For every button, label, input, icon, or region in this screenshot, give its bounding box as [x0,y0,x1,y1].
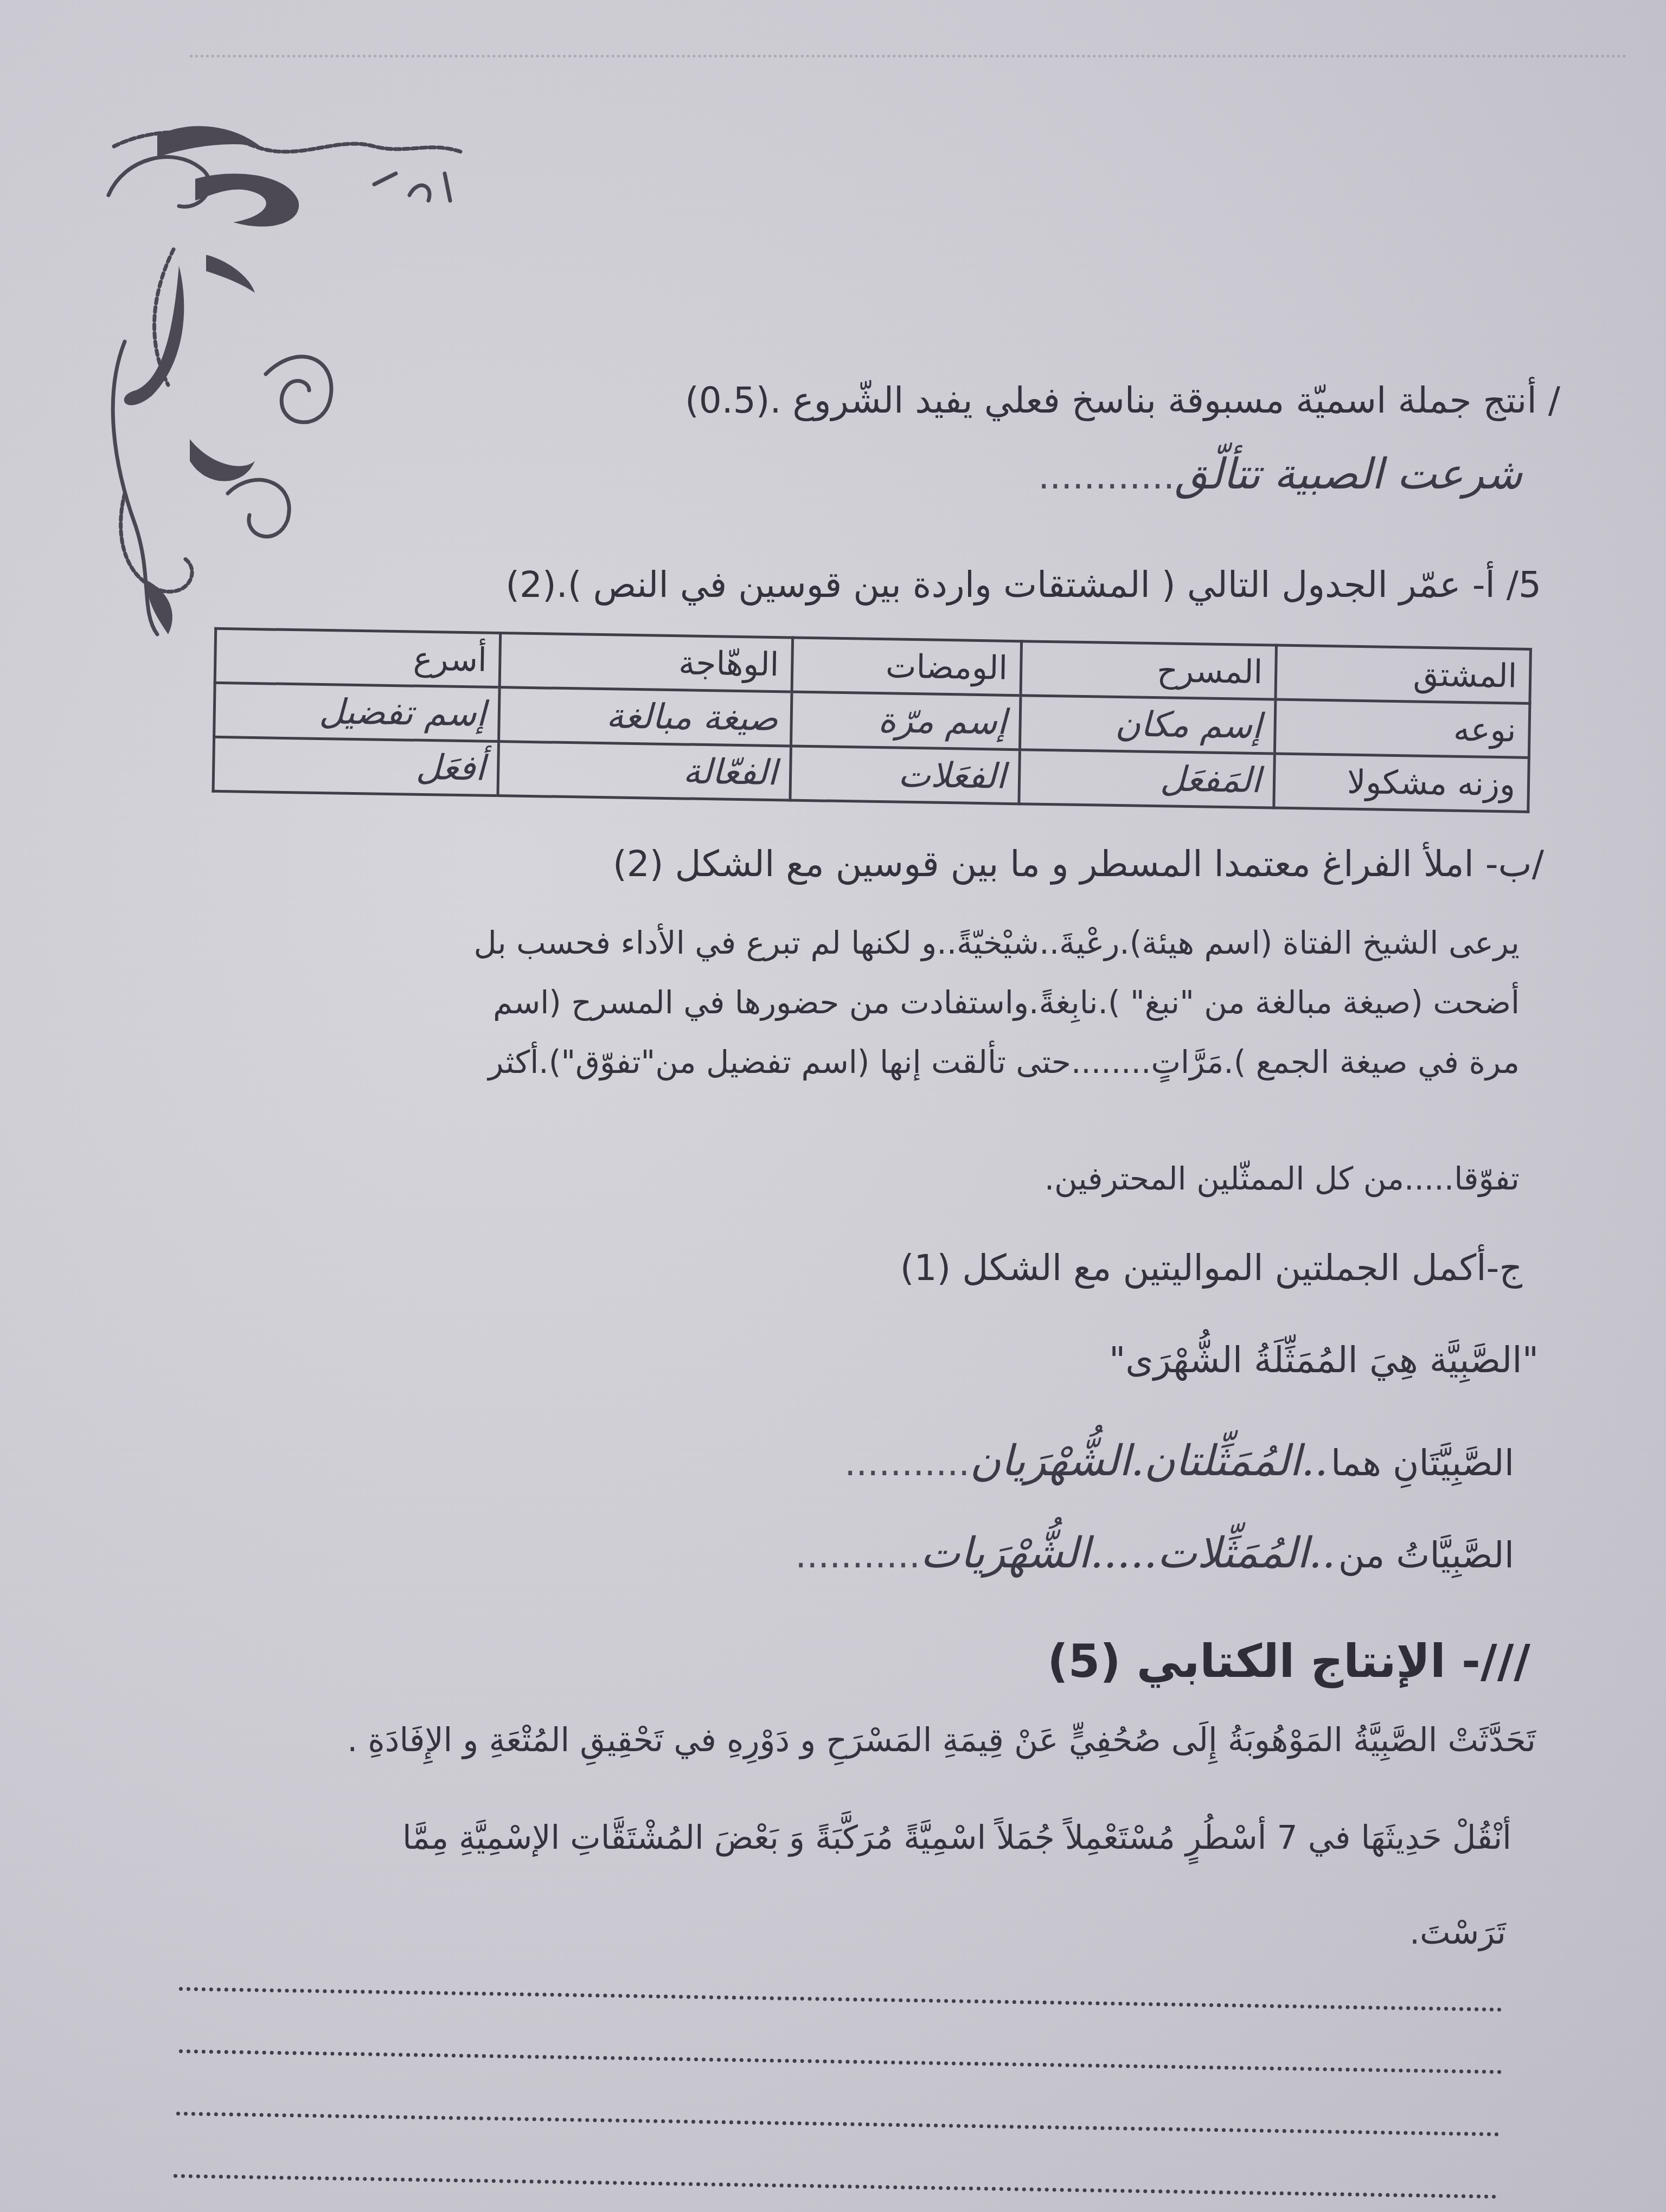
exercise-4-prompt: / أنتج جملة اسميّة مسبوقة بناسخ فعلي يفي… [685,380,1560,421]
section-3-title: ///- الإنتاج الكتابي (5) [1047,1635,1530,1688]
cell-derived-2: الومضات [792,638,1021,696]
plural-prefix: الصَّبِيَّاتُ من [1338,1534,1514,1576]
writing-prompt-line-3: تَرَسْتَ. [1409,1914,1506,1952]
cell-derived-4: أسرع [215,628,501,687]
dual-answer: ..المُمَثِّلتان.الشُّهْرَيان [970,1437,1328,1486]
given-sentence: "الصَّبِيَّة هِيَ المُمَثِّلَةُ الشُّهْر… [1109,1339,1539,1381]
dual-prefix: الصَّبِيَّتَانِ هما [1331,1442,1514,1484]
cell-type-4[interactable]: إسم تفضيل [214,683,500,741]
cell-derived-1: المسرح [1021,641,1277,699]
writing-prompt-line-1: تَحَدَّثَتْ الصَّبِيَّةُ المَوْهُوبَةُ إ… [347,1721,1536,1759]
plural-sentence[interactable]: الصَّبِيَّاتُ من ..المُمَثِّلات.....الشُ… [795,1529,1514,1578]
row-label-derived: المشتق [1276,645,1531,703]
exercise-5b-prompt: /ب- املأ الفراغ معتمدا المسطر و ما بين ق… [613,843,1544,885]
fill-line-3[interactable]: مرة في صيغة الجمع ).مَرَّاتٍ........حتى … [488,1044,1520,1081]
exercise-5a-prompt: 5/ أ- عمّر الجدول التالي ( المشتقات وارد… [505,564,1541,606]
answer-dots: ............ [1038,455,1175,497]
fill-line-4[interactable]: تفوّقا.....من كل الممثّلين المحترفين. [1045,1160,1520,1197]
cell-derived-3: الوهّاجة [499,633,792,692]
derivatives-table: المشتق المسرح الومضات الوهّاجة أسرع نوعه… [212,627,1532,813]
answer-dots: ........... [844,1442,970,1484]
dual-sentence[interactable]: الصَّبِيَّتَانِ هما ..المُمَثِّلتان.الشُ… [844,1437,1514,1486]
fill-line-2[interactable]: أضحت (صيغة مبالغة من "نبغ" ).نابِغةً.واس… [493,984,1520,1021]
fill-line-1[interactable]: يرعى الشيخ الفتاة (اسم هيئة).رعْيةَ..شيْ… [474,924,1520,961]
faint-header-strip [190,52,1627,57]
row-label-pattern: وزنه مشكولا [1274,754,1529,812]
cell-type-1[interactable]: إسم مكان [1020,696,1276,754]
exercise-4-answer-line[interactable]: شرعت الصبية تتألّق............ [1038,450,1522,499]
cell-pattern-2[interactable]: الفعَلات [790,746,1020,804]
cell-type-2[interactable]: إسم مرّة [791,692,1021,750]
floral-corner-ornament-icon [92,114,472,645]
row-label-type: نوعه [1274,699,1530,757]
exercise-5c-prompt: ج-أكمل الجملتين المواليتين مع الشكل (1) [900,1247,1522,1289]
answer-dots: ........... [795,1534,920,1576]
cell-type-3[interactable]: صيغة مبالغة [499,687,792,746]
cell-pattern-3[interactable]: الفعّالة [498,742,791,800]
cell-pattern-4[interactable]: أفعَل [213,737,499,795]
exercise-4-answer: شرعت الصبية تتألّق [1175,450,1522,499]
cell-pattern-1[interactable]: المَفعَل [1019,750,1275,808]
writing-prompt-line-2: أنْقُلْ حَدِيثَهَا في 7 أسْطُرٍ مُسْتَعْ… [402,1819,1511,1857]
plural-answer: ..المُمَثِّلات.....الشُّهْرَيات [920,1529,1336,1578]
